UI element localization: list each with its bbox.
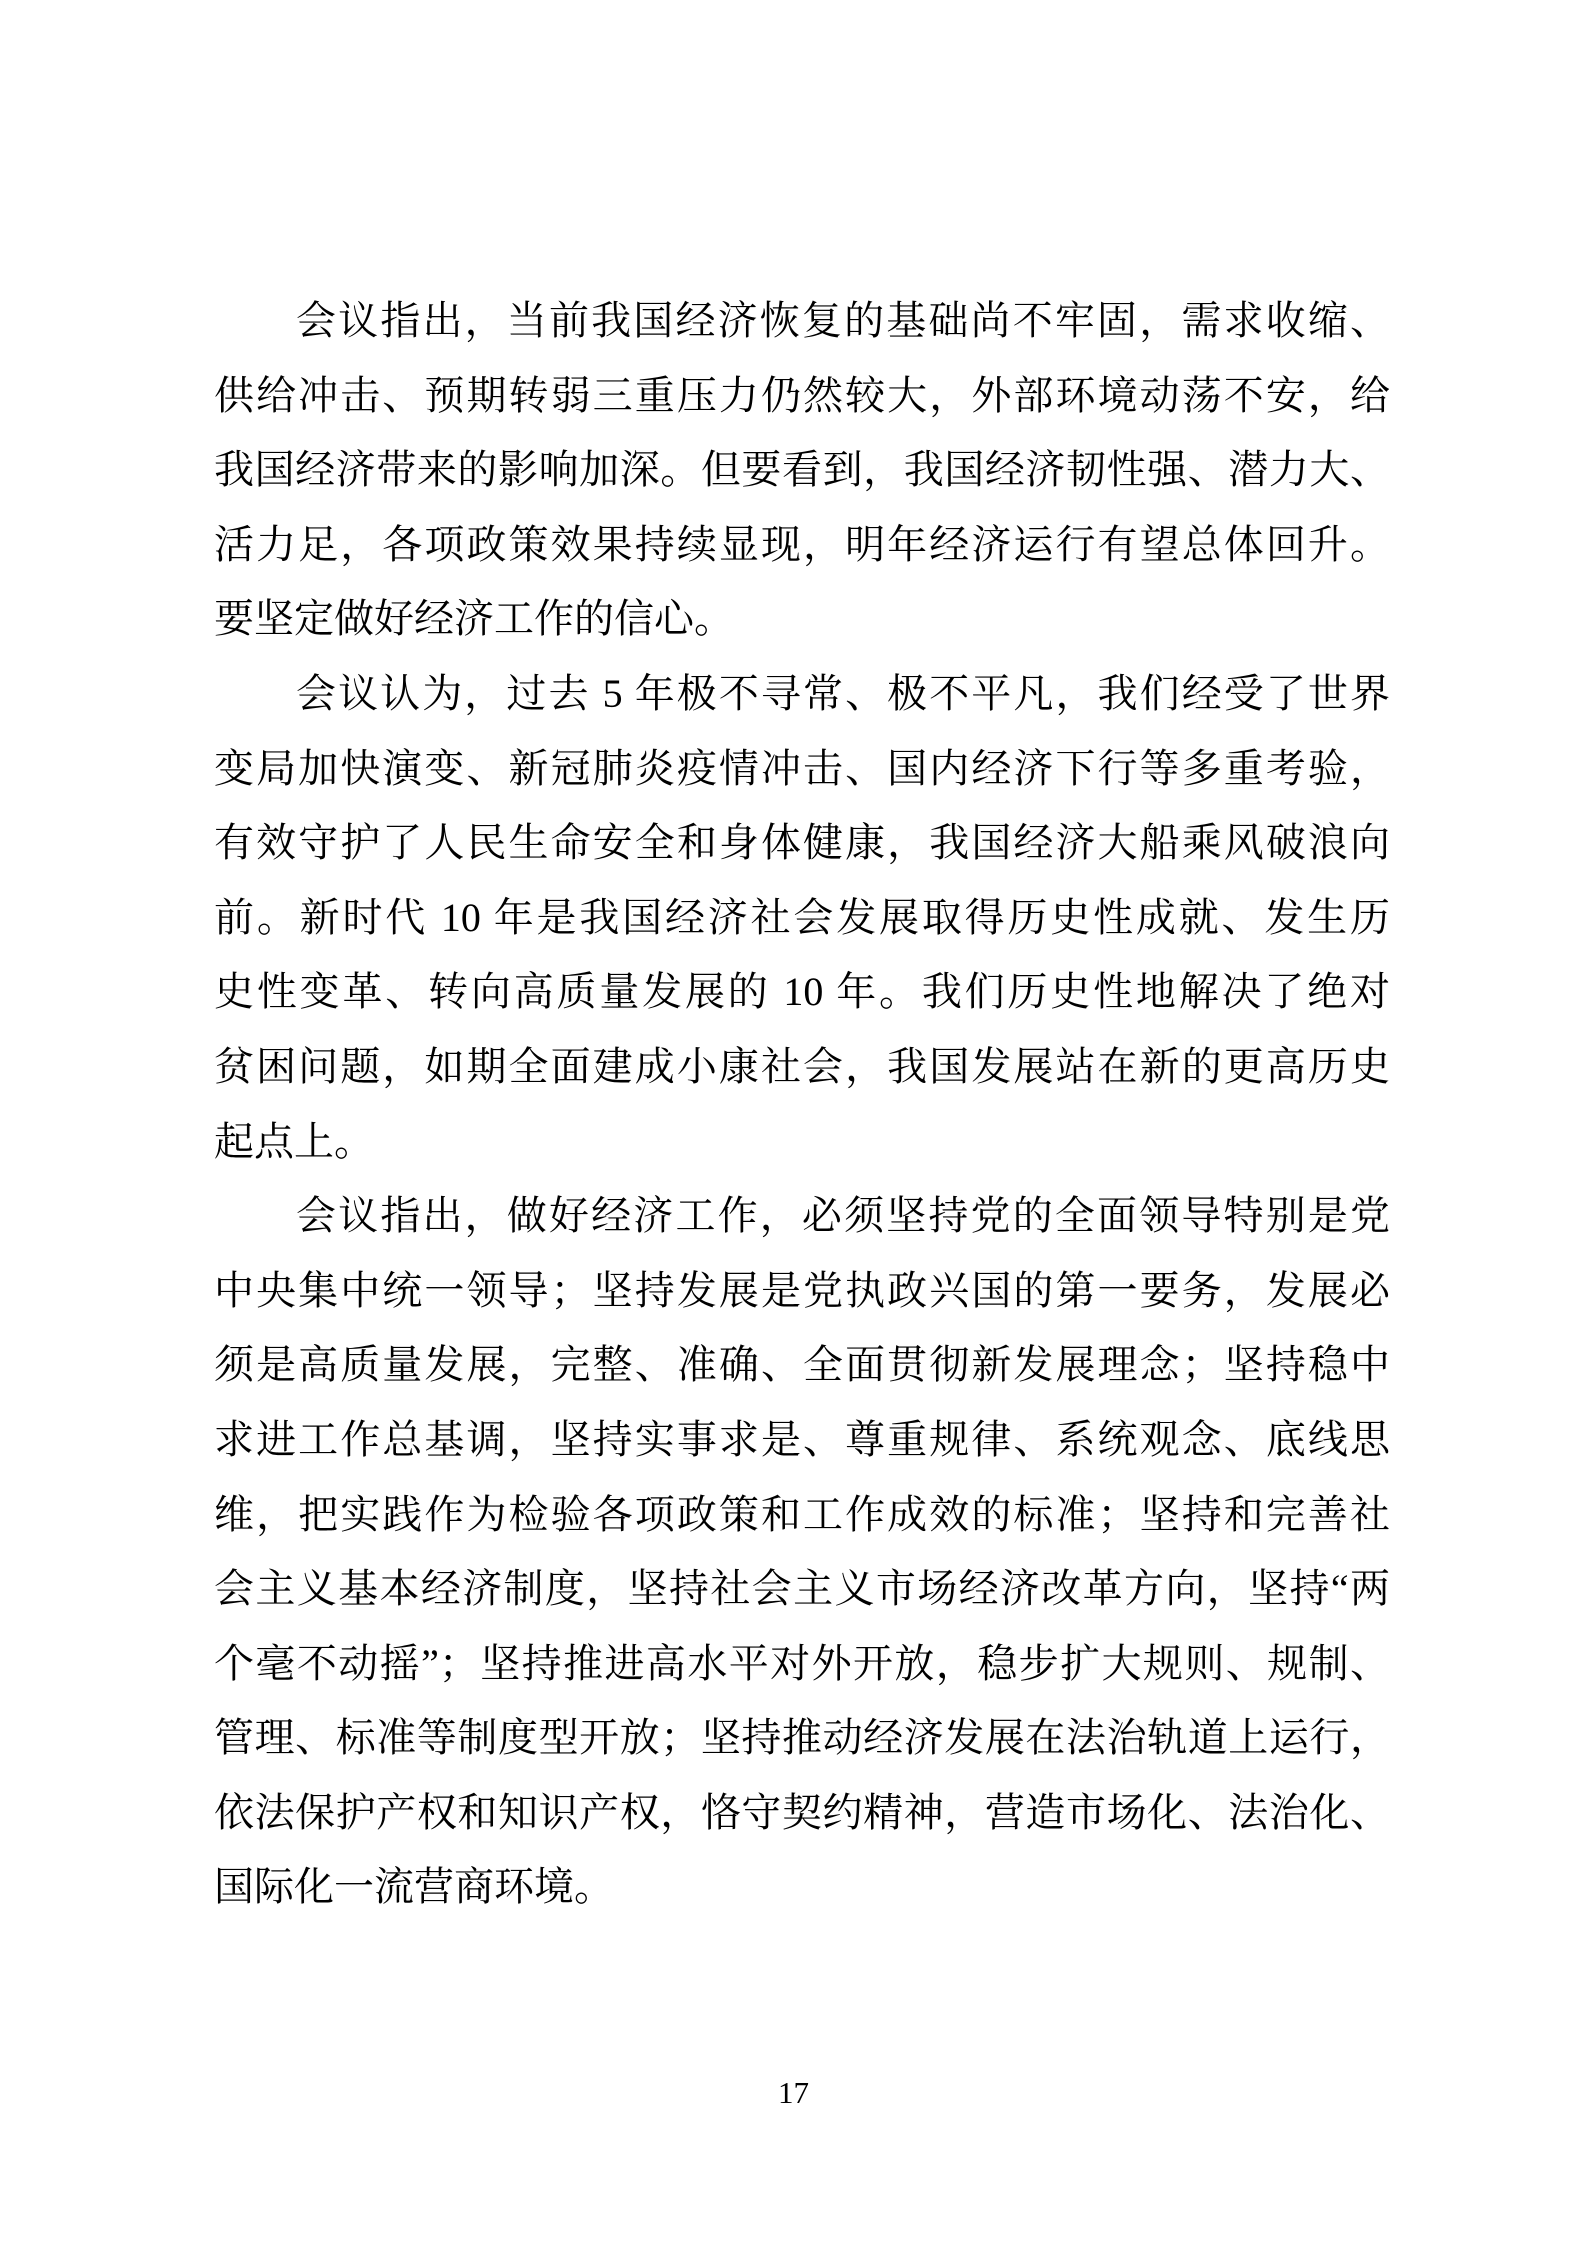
text-line: 国际化一流营商环境。 [214, 1850, 1390, 1925]
text-line: 维，把实践作为检验各项政策和工作成效的标准；坚持和完善社 [214, 1478, 1390, 1553]
text-line: 变局加快演变、新冠肺炎疫情冲击、国内经济下行等多重考验， [214, 732, 1390, 807]
text-line: 须是高质量发展，完整、准确、全面贯彻新发展理念；坚持稳中 [214, 1328, 1390, 1403]
text-line: 会主义基本经济制度，坚持社会主义市场经济改革方向，坚持“两 [214, 1552, 1390, 1627]
text-line: 史性变革、转向高质量发展的 10 年。我们历史性地解决了绝对 [214, 955, 1390, 1030]
text-line: 前。新时代 10 年是我国经济社会发展取得历史性成就、发生历 [214, 881, 1390, 956]
text-line: 我国经济带来的影响加深。但要看到，我国经济韧性强、潜力大、 [214, 433, 1390, 508]
text-line: 起点上。 [214, 1105, 1390, 1180]
text-line: 贫困问题，如期全面建成小康社会，我国发展站在新的更高历史 [214, 1030, 1390, 1105]
text-line: 中央集中统一领导；坚持发展是党执政兴国的第一要务，发展必 [214, 1254, 1390, 1329]
text-line: 供给冲击、预期转弱三重压力仍然较大，外部环境动荡不安，给 [214, 359, 1390, 434]
text-line: 管理、标准等制度型开放；坚持推动经济发展在法治轨道上运行， [214, 1701, 1390, 1776]
text-line: 会议认为，过去 5 年极不寻常、极不平凡，我们经受了世界 [214, 657, 1390, 732]
document-body: 会议指出，当前我国经济恢复的基础尚不牢固，需求收缩、供给冲击、预期转弱三重压力仍… [214, 284, 1390, 1925]
text-line: 有效守护了人民生命安全和身体健康，我国经济大船乘风破浪向 [214, 806, 1390, 881]
text-line: 会议指出，当前我国经济恢复的基础尚不牢固，需求收缩、 [214, 284, 1390, 359]
document-page: 会议指出，当前我国经济恢复的基础尚不牢固，需求收缩、供给冲击、预期转弱三重压力仍… [0, 0, 1587, 2245]
text-line: 依法保护产权和知识产权，恪守契约精神，营造市场化、法治化、 [214, 1776, 1390, 1851]
text-line: 求进工作总基调，坚持实事求是、尊重规律、系统观念、底线思 [214, 1403, 1390, 1478]
text-line: 要坚定做好经济工作的信心。 [214, 582, 1390, 657]
text-line: 个毫不动摇”；坚持推进高水平对外开放，稳步扩大规则、规制、 [214, 1627, 1390, 1702]
text-line: 会议指出，做好经济工作，必须坚持党的全面领导特别是党 [214, 1179, 1390, 1254]
page-number: 17 [0, 2076, 1587, 2110]
text-line: 活力足，各项政策效果持续显现，明年经济运行有望总体回升。 [214, 508, 1390, 583]
